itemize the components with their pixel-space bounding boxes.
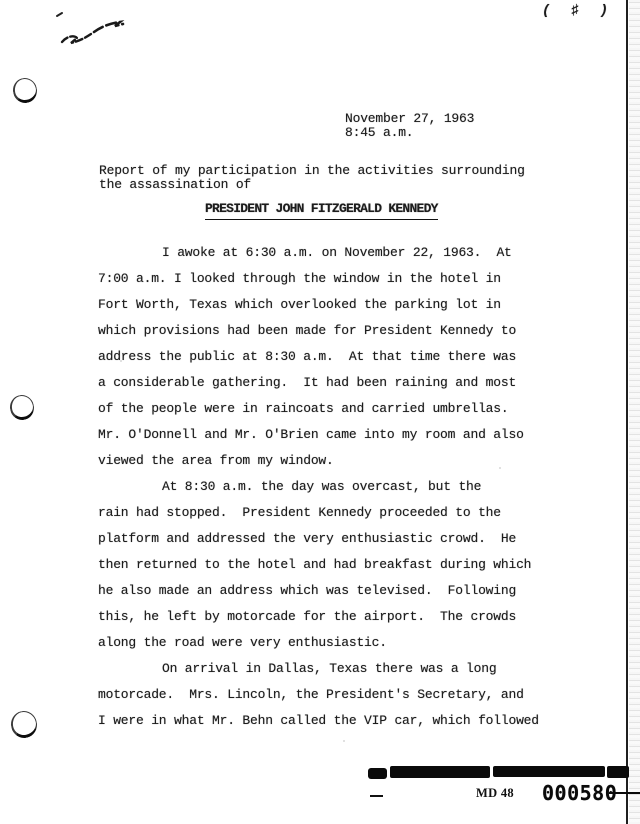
scan-speck [462, 114, 464, 116]
scan-speck [120, 360, 122, 362]
body-line: Fort Worth, Texas which overlooked the p… [98, 291, 539, 317]
body-line: of the people were in raincoats and carr… [98, 395, 539, 421]
body-line: At 8:30 a.m. the day was overcast, but t… [98, 473, 539, 499]
body-line: On arrival in Dallas, Texas there was a … [98, 655, 539, 681]
body-line: viewed the area from my window. [98, 447, 539, 473]
date-line: November 27, 1963 [345, 112, 474, 126]
document-body: I awoke at 6:30 a.m. on November 22, 196… [98, 239, 539, 733]
stamp-strike-line [609, 792, 640, 794]
body-line: I were in what Mr. Behn called the VIP c… [98, 707, 539, 733]
body-line: which provisions had been made for Presi… [98, 317, 539, 343]
punch-hole [11, 76, 40, 105]
punch-hole [8, 393, 37, 422]
body-line: 7:00 a.m. I looked through the window in… [98, 265, 539, 291]
intro-line: Report of my participation in the activi… [99, 164, 525, 178]
punch-hole [8, 709, 39, 741]
barcode-segment [390, 766, 490, 778]
body-line: platform and addressed the very enthusia… [98, 525, 539, 551]
scan-speck [499, 467, 501, 469]
time-line: 8:45 a.m. [345, 126, 474, 140]
body-line: I awoke at 6:30 a.m. on November 22, 196… [98, 239, 539, 265]
body-line: address the public at 8:30 a.m. At that … [98, 343, 539, 369]
body-line: along the road were very enthusiastic. [98, 629, 539, 655]
body-line: then returned to the hotel and had break… [98, 551, 539, 577]
scan-edge-noise [629, 0, 640, 824]
barcode-segment [493, 766, 605, 777]
scan-speck [343, 740, 345, 742]
document-code: MD 48 [476, 786, 514, 801]
report-intro: Report of my participation in the activi… [99, 164, 525, 191]
body-line: a considerable gathering. It had been ra… [98, 369, 539, 395]
body-line: rain had stopped. President Kennedy proc… [98, 499, 539, 525]
footer-dash-mark [370, 795, 383, 797]
date-block: November 27, 1963 8:45 a.m. [345, 112, 474, 139]
barcode-segment [607, 766, 629, 778]
body-line: this, he left by motorcade for the airpo… [98, 603, 539, 629]
body-line: Mr. O'Donnell and Mr. O'Brien came into … [98, 421, 539, 447]
scan-edge-line [626, 0, 628, 824]
barcode-segment [368, 768, 387, 779]
document-title: PRESIDENT JOHN FITZGERALD KENNEDY [205, 201, 438, 220]
intro-line: the assassination of [99, 178, 525, 192]
handwritten-scribble [54, 11, 128, 51]
body-line: motorcade. Mrs. Lincoln, the President's… [98, 681, 539, 707]
scanned-document-page: ( ♯ ) November 27, 1963 8:45 a.m. Report… [0, 0, 640, 824]
handwritten-corner-mark: ( ♯ ) [542, 3, 614, 19]
body-line: he also made an address which was televi… [98, 577, 539, 603]
page-number-stamp: 000580 [542, 781, 617, 805]
